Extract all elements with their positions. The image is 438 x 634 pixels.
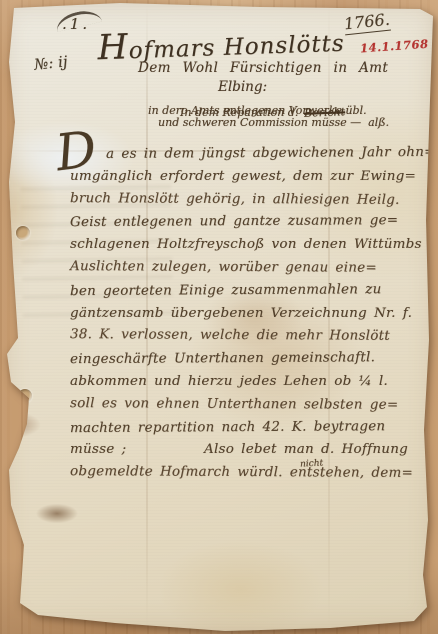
body-line: obgemeldte Hofmarch würdl. entstehen, de… <box>70 461 426 486</box>
corner-number-mark: .1. <box>62 15 90 33</box>
body-line: Geist entlegenen und gantze zusammen ge= <box>70 210 426 235</box>
body-line: müsse ; Also lebet man d. Hoffnung <box>70 439 426 462</box>
body-line: umgänglich erfordert gewest, dem zur Ewi… <box>70 166 426 189</box>
body-line: schlagenen Holtzfreyschoß von denen Witt… <box>70 234 426 257</box>
address-line: Dem Wohl Fürsichtigen in Amt <box>138 60 388 76</box>
body-line: a es in dem jüngst abgewichenen Jahr ohn… <box>70 142 426 167</box>
address-line: und schweren Commission müsse — alß. <box>158 116 389 129</box>
body-line: gäntzensamb übergebenen Verzeichnung Nr.… <box>70 303 426 326</box>
body-line: soll es von ehnen Unterthanen selbsten g… <box>70 393 426 418</box>
body-line: eingeschärfte Unterthanen gemeinschaftl. <box>70 347 426 372</box>
body-line: bruch Honslött gehörig, in allhiesigen H… <box>70 188 426 213</box>
body-line: Auslichten zulegen, worüber genau eine= <box>70 256 426 281</box>
paper-shadow: .1. №: ij 1766. 14.1.1768 Hofmars Honslö… <box>0 0 438 634</box>
body-line: 38. K. verlossen, welche die mehr Honslö… <box>70 324 426 349</box>
scanned-manuscript-photo: .1. №: ij 1766. 14.1.1768 Hofmars Honslö… <box>0 0 438 634</box>
inserted-superscript-word: nicht <box>300 458 324 469</box>
body-line: machten repartition nach 42. K. beytrage… <box>70 415 426 440</box>
punch-hole <box>18 389 32 403</box>
folio-mark: №: ij <box>33 52 68 73</box>
punch-hole <box>16 226 30 240</box>
body-line: abkommen und hierzu jedes Lehen ob ¼ l. <box>70 371 426 394</box>
body-paragraph: a es in dem jüngst abgewichenen Jahr ohn… <box>70 143 426 485</box>
body-line: ben georteten Einige zusammenmahlen zu <box>70 279 426 304</box>
year-annotation: 1766. <box>343 10 391 36</box>
archive-date-stamp: 14.1.1768 <box>360 37 429 56</box>
manuscript-page: .1. №: ij 1766. 14.1.1768 Hofmars Honslö… <box>0 0 438 634</box>
